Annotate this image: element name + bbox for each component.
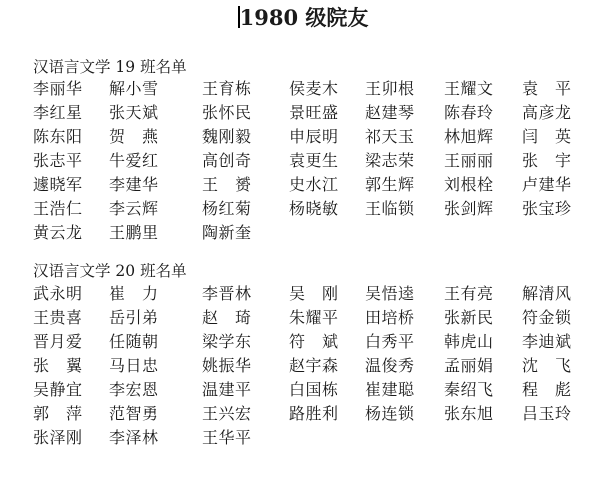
student-name: 武永明 — [33, 283, 83, 305]
student-name: 袁 平 — [522, 78, 572, 100]
student-name: 梁学东 — [202, 331, 252, 353]
student-name: 晋月爱 — [33, 331, 83, 353]
student-name: 姚振华 — [202, 355, 252, 377]
student-name: 黄云龙 — [33, 222, 83, 244]
student-name: 张天斌 — [109, 102, 159, 124]
student-name: 吴静宜 — [33, 379, 83, 401]
student-name: 马日忠 — [109, 355, 159, 377]
student-name: 史水江 — [289, 174, 339, 196]
student-name: 田培桥 — [365, 307, 415, 329]
student-name: 路胜利 — [289, 403, 339, 425]
student-name: 张新民 — [444, 307, 494, 329]
student-name: 范智勇 — [109, 403, 159, 425]
student-name: 温建平 — [202, 379, 252, 401]
student-name: 李宏恩 — [109, 379, 159, 401]
student-name: 温俊秀 — [365, 355, 415, 377]
student-name: 郭 萍 — [33, 403, 83, 425]
student-name: 王育栋 — [202, 78, 252, 100]
student-name: 解清风 — [522, 283, 572, 305]
student-name: 陈东阳 — [33, 126, 83, 148]
student-name: 张怀民 — [202, 102, 252, 124]
student-name: 李泽林 — [109, 427, 159, 449]
student-name: 白国栋 — [289, 379, 339, 401]
student-name: 符金锁 — [522, 307, 572, 329]
student-name: 李迪斌 — [522, 331, 572, 353]
student-name: 牛爱红 — [109, 150, 159, 172]
student-name: 张东旭 — [444, 403, 494, 425]
student-name: 韩虎山 — [444, 331, 494, 353]
student-name: 王有亮 — [444, 283, 494, 305]
student-name: 王浩仁 — [33, 198, 83, 220]
student-name: 崔 力 — [109, 283, 159, 305]
student-name: 赵 琦 — [202, 307, 252, 329]
student-name: 李丽华 — [33, 78, 83, 100]
student-name: 申辰明 — [289, 126, 339, 148]
student-name: 高创奇 — [202, 150, 252, 172]
class-19-header: 汉语言文学 19 班名单 — [33, 57, 187, 77]
student-name: 杨红菊 — [202, 198, 252, 220]
student-name: 王丽丽 — [444, 150, 494, 172]
student-name: 袁更生 — [289, 150, 339, 172]
student-name: 刘根栓 — [444, 174, 494, 196]
student-name: 孟丽娟 — [444, 355, 494, 377]
student-name: 张 翼 — [33, 355, 83, 377]
student-name: 赵宇森 — [289, 355, 339, 377]
student-name: 王 赟 — [202, 174, 252, 196]
student-name: 王华平 — [202, 427, 252, 449]
student-name: 景旺盛 — [289, 102, 339, 124]
student-name: 郭生辉 — [365, 174, 415, 196]
student-name: 王临锁 — [365, 198, 415, 220]
student-name: 李红星 — [33, 102, 83, 124]
student-name: 陈春玲 — [444, 102, 494, 124]
document-title: 1980 级院友 — [0, 4, 606, 32]
student-name: 沈 飞 — [522, 355, 572, 377]
student-name: 林旭辉 — [444, 126, 494, 148]
student-name: 遽晓军 — [33, 174, 83, 196]
student-name: 李晋林 — [202, 283, 252, 305]
student-name: 程 彪 — [522, 379, 572, 401]
student-name: 王耀文 — [444, 78, 494, 100]
student-name: 王贵喜 — [33, 307, 83, 329]
student-name: 吴 刚 — [289, 283, 339, 305]
student-name: 王兴宏 — [202, 403, 252, 425]
title-text: 1980 级院友 — [240, 5, 369, 30]
student-name: 秦绍飞 — [444, 379, 494, 401]
student-name: 高彦龙 — [522, 102, 572, 124]
student-name: 李云辉 — [109, 198, 159, 220]
student-name: 祁天玉 — [365, 126, 415, 148]
student-name: 魏刚毅 — [202, 126, 252, 148]
student-name: 李建华 — [109, 174, 159, 196]
student-name: 陶新奎 — [202, 222, 252, 244]
student-name: 卢建华 — [522, 174, 572, 196]
student-name: 侯麦木 — [289, 78, 339, 100]
student-name: 张泽刚 — [33, 427, 83, 449]
student-name: 闫 英 — [522, 126, 572, 148]
student-name: 王卯根 — [365, 78, 415, 100]
student-name: 崔建聪 — [365, 379, 415, 401]
student-name: 杨连锁 — [365, 403, 415, 425]
student-name: 岳引弟 — [109, 307, 159, 329]
student-name: 张 宇 — [522, 150, 572, 172]
student-name: 杨晓敏 — [289, 198, 339, 220]
student-name: 贺 燕 — [109, 126, 159, 148]
student-name: 王鹏里 — [109, 222, 159, 244]
class-20-header: 汉语言文学 20 班名单 — [33, 261, 187, 281]
student-name: 吴悟逵 — [365, 283, 415, 305]
student-name: 张志平 — [33, 150, 83, 172]
student-name: 白秀平 — [365, 331, 415, 353]
student-name: 梁志荣 — [365, 150, 415, 172]
student-name: 朱耀平 — [289, 307, 339, 329]
student-name: 赵建琴 — [365, 102, 415, 124]
student-name: 张宝珍 — [522, 198, 572, 220]
student-name: 吕玉玲 — [522, 403, 572, 425]
student-name: 张剑辉 — [444, 198, 494, 220]
student-name: 任随朝 — [109, 331, 159, 353]
student-name: 解小雪 — [109, 78, 159, 100]
student-name: 符 斌 — [289, 331, 339, 353]
